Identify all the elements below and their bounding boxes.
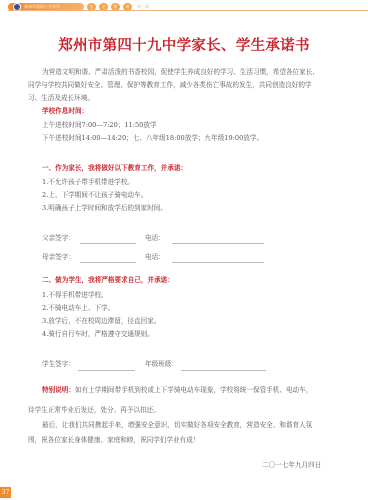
intro-line: 同学与学校共同做好安全、管理、保护等教育工作，减少各类伤亡事故的发生，共同创造良… [28, 81, 312, 90]
schedule-heading: 学校作息时间： [42, 107, 88, 116]
special-note: 特别说明：如有上学期间带手机到校或上下学骑电动车现象，学校将统一保管手机、电动车… [42, 386, 312, 395]
closing-line: 最后，让我们共同携起手来，增强安全意识，切实做好各项安全教育，营造安全、和谐育人… [42, 421, 312, 430]
parent-commitment-item: 3.明确孩子上学时间和放学后的到家时间。 [42, 204, 167, 213]
class-label: 年级班级： [145, 360, 178, 369]
father-signature-label: 父亲签字： [42, 234, 75, 243]
mother-signature-label: 母亲签字： [42, 253, 75, 262]
mother-phone-field[interactable] [172, 262, 264, 263]
schedule-line: 下午进校时间14:00—14:20；七、八年级18:00放学；九年级19:00放… [42, 134, 263, 143]
page-header: 郑州市第四十九中学 安 全 教 育 第三篇 [0, 0, 368, 14]
student-commitment-item: 3.放学后，不在校周边滞留，径直回家。 [42, 317, 160, 326]
class-field[interactable] [181, 370, 266, 371]
document-title: 郑州市第四十九中学家长、学生承诺书 [0, 34, 368, 55]
student-signature-field[interactable] [78, 370, 135, 371]
mother-signature-field[interactable] [80, 262, 136, 263]
student-section-heading: 二、做为学生，我将严格要求自己，并承诺： [42, 276, 174, 285]
student-signature-label: 学生签字： [42, 360, 75, 369]
page-number: 37 [0, 487, 11, 498]
parent-section-heading: 一、作为家长，我将做好以下教育工作，并承诺： [42, 164, 187, 173]
student-commitment-item: 2.不骑电动车上、下学。 [42, 304, 114, 313]
student-commitment-item: 1.不得手机带进学校。 [42, 291, 108, 300]
special-note-continued: 待学生正常毕业后发还，处分、再予以扣还。 [28, 406, 160, 415]
closing-line: 围，祝各位家长身体健康、家庭和睦，祝同学们学业有成！ [28, 436, 199, 445]
father-phone-field[interactable] [172, 243, 264, 244]
schedule-line: 上午进校时间7:00—7:20；11:50放学 [42, 121, 157, 130]
mother-phone-label: 电话： [145, 253, 165, 262]
header-divider [8, 10, 368, 11]
intro-line: 习、生活及成长环境。 [28, 94, 94, 103]
parent-commitment-item: 2.上、下学期间不让孩子骑电动车。 [42, 191, 147, 200]
father-phone-label: 电话： [145, 234, 165, 243]
parent-commitment-item: 1.不允许孩子带手机带进学校。 [42, 178, 134, 187]
document-date: 二〇一七年九月四日 [262, 461, 321, 470]
intro-line: 为营造文明和谐、严肃活泼的书香校园，促使学生养成良好的学习、生活习惯，希望各位家… [42, 68, 319, 77]
father-signature-field[interactable] [80, 243, 136, 244]
special-note-text: 如有上学期间带手机到校或上下学骑电动车现象，学校将统一保管手机、电动车， [75, 386, 312, 394]
special-note-label: 特别说明： [42, 386, 75, 394]
student-commitment-item: 4.骑行自行车时，严格遵守交通规则。 [42, 330, 154, 339]
